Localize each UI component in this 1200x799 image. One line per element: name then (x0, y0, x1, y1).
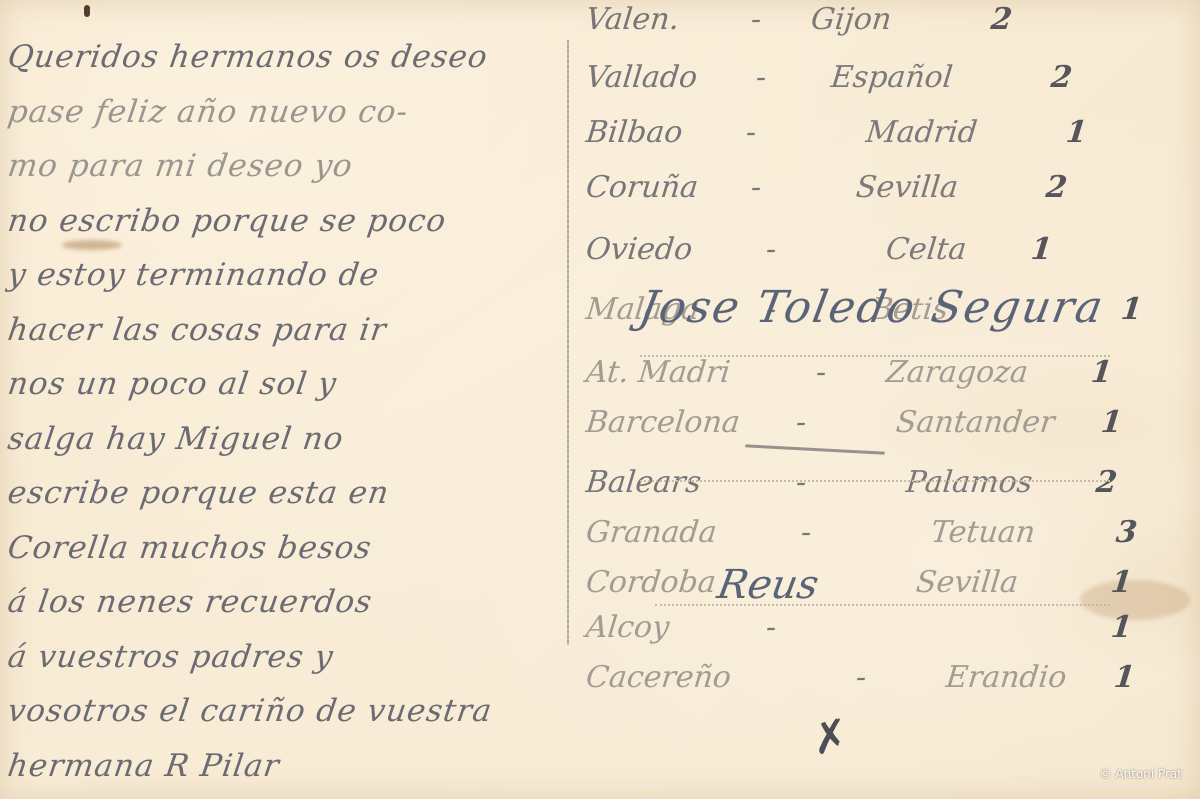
home-team: Vallado (584, 60, 699, 95)
away-team: Español (829, 60, 954, 95)
score: 2 (1094, 465, 1119, 500)
away-team: Celta (884, 232, 968, 267)
match-row: At. Madri - Zaragoza 1 (582, 355, 1148, 411)
score: 1 (1099, 405, 1124, 440)
score: 2 (1044, 170, 1069, 205)
dash: - (744, 115, 758, 150)
dash: - (799, 515, 813, 550)
letter-line: pase feliz año nuevo co- (4, 85, 592, 140)
letter-line: salga hay Miguel no (4, 412, 592, 467)
letter-line: hacer las cosas para ir (4, 303, 592, 358)
letter-line: mo para mi deseo yo (4, 139, 592, 194)
away-team: Sevilla (854, 170, 960, 205)
dash: - (749, 170, 763, 205)
dash: - (764, 610, 778, 645)
away-team: Tetuan (929, 515, 1037, 550)
cross-mark-icon: ✗ (808, 709, 853, 766)
home-team: Balears (584, 465, 703, 500)
letter-line: nos un poco al sol y (4, 357, 592, 412)
home-team: At. Madri (584, 355, 732, 390)
away-team: Gijon (809, 2, 893, 37)
home-team: Bilbao (584, 115, 684, 150)
copyright-watermark: © Antoni Prat (1100, 767, 1182, 781)
score: 2 (989, 2, 1014, 37)
pin-hole-mark (84, 5, 90, 17)
score: 2 (1049, 60, 1074, 95)
home-team: Valen. (584, 2, 681, 37)
away-team: Palamos (904, 465, 1034, 500)
dash: - (794, 405, 808, 440)
letter-line: á los nenes recuerdos (4, 575, 592, 630)
letter-line: escribe porque esta en (4, 466, 592, 521)
home-team: Barcelona (584, 405, 741, 440)
address-dotted-line (640, 480, 1110, 482)
home-team: Coruña (584, 170, 700, 205)
away-team: Zaragoza (884, 355, 1030, 390)
letter-line: Queridos hermanos os deseo (4, 30, 592, 85)
letter-line signature: hermana R Pilar (4, 739, 592, 794)
match-row: Oviedo - Celta 1 (582, 232, 1148, 288)
match-row: Valen. - Gijon 2 (582, 2, 1148, 58)
score: 3 (1114, 515, 1139, 550)
addressee-name: Jose Toledo Segura (636, 282, 1109, 333)
home-team: Granada (584, 515, 718, 550)
addressee-place: Reus (714, 562, 822, 608)
match-row: Granada - Tetuan 3 (582, 515, 1148, 571)
dash: - (749, 2, 763, 37)
handwritten-letter: Queridos hermanos os deseo pase feliz añ… (8, 30, 588, 793)
away-team: Erandio (944, 660, 1068, 695)
home-team: Oviedo (584, 232, 694, 267)
address-dotted-line (640, 355, 1110, 357)
match-row: Coruña - Sevilla 2 (582, 170, 1148, 226)
score: 1 (1109, 610, 1134, 645)
home-team: Cacereño (584, 660, 733, 695)
match-row: Bilbao - Madrid 1 (582, 115, 1148, 171)
dash: - (794, 465, 808, 500)
score: 1 (1119, 292, 1144, 327)
score: 1 (1112, 660, 1137, 695)
center-divider-line (567, 40, 569, 645)
score: 1 (1109, 565, 1134, 600)
dash: - (814, 355, 828, 390)
score: 1 (1029, 232, 1054, 267)
away-team: Santander (894, 405, 1056, 440)
score: 1 (1064, 115, 1089, 150)
letter-line: y estoy terminando de (4, 248, 592, 303)
dash: - (764, 232, 778, 267)
score: 1 (1089, 355, 1114, 390)
letter-line: no escribo porque se poco (4, 194, 592, 249)
match-row: Balears - Palamos 2 (582, 465, 1148, 521)
match-row: Vallado - Español 2 (582, 60, 1148, 116)
letter-line: á vuestros padres y (4, 630, 592, 685)
away-team: Madrid (864, 115, 979, 150)
postcard-back: Queridos hermanos os deseo pase feliz añ… (0, 0, 1200, 799)
dash: - (754, 60, 768, 95)
dash: - (854, 660, 868, 695)
home-team: Cordoba (584, 565, 717, 600)
match-row: Cacereño - Erandio 1 (582, 660, 1148, 716)
home-team: Alcoy (584, 610, 671, 645)
away-team: Sevilla (914, 565, 1020, 600)
letter-line: vosotros el cariño de vuestra (4, 684, 592, 739)
letter-line: Corella muchos besos (4, 521, 592, 576)
match-row: Alcoy - 1 (582, 610, 1148, 666)
